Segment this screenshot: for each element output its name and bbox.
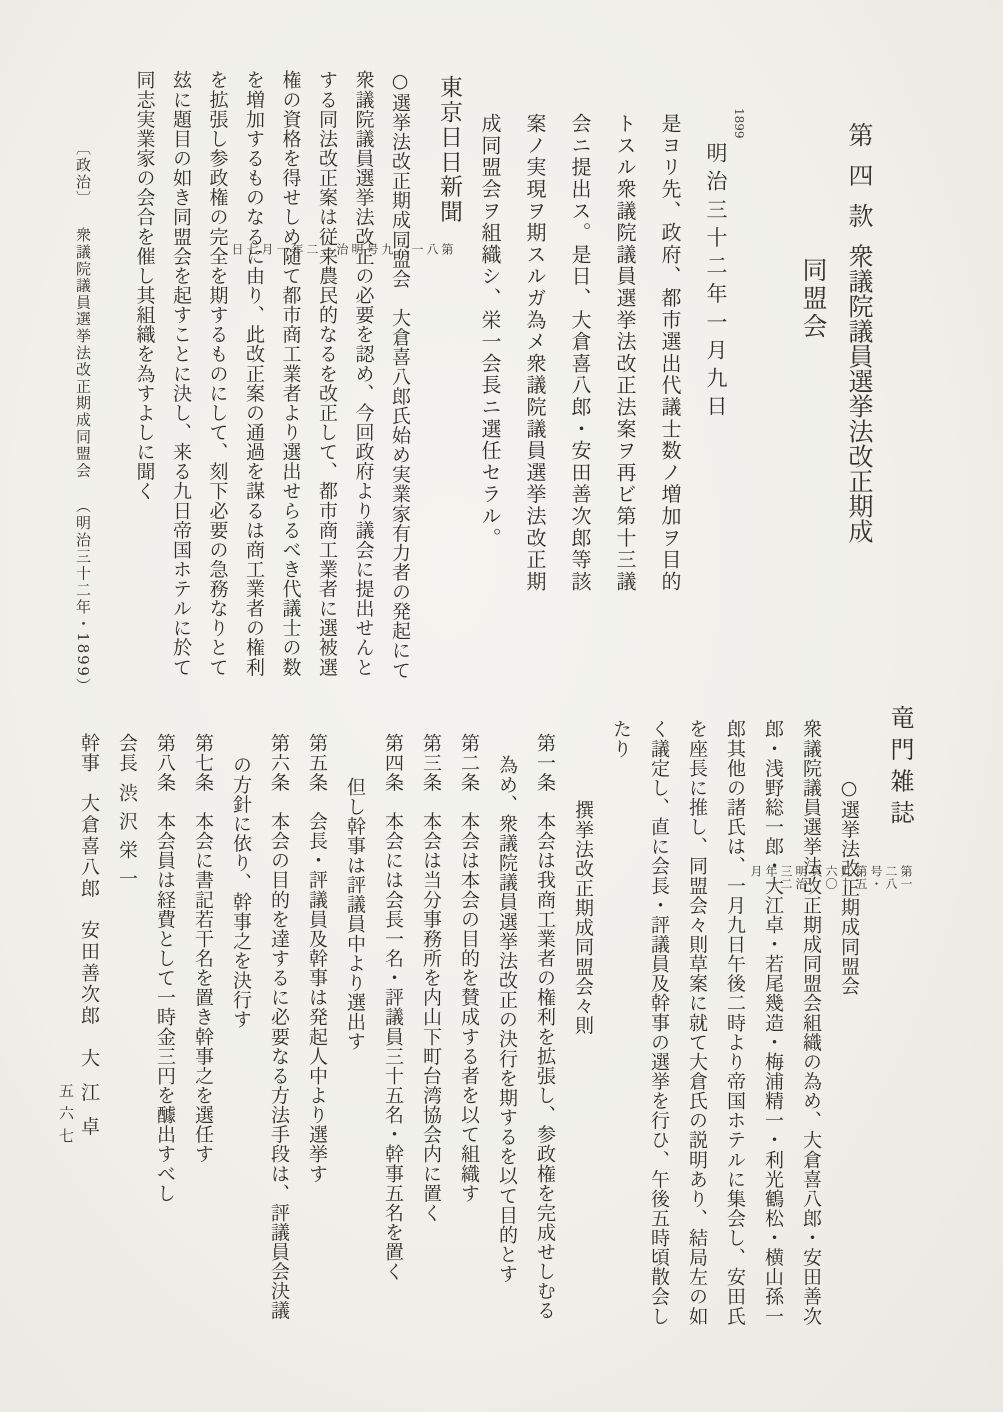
chairman-label: 会長 [116, 733, 138, 772]
section-title-line2: 同盟会 [790, 122, 836, 544]
margin-category: 〔政治〕 [74, 140, 92, 207]
report-line: を座長に推し、同盟会々則草案に就て大倉氏の説明あり、結局左の如 [678, 715, 716, 1326]
bylaw-line: 第六条 本会の目的を達するに必要なる方法手段は、評議員会決議 [260, 715, 298, 1326]
article-line: を拡張し参政権の完全を期するものにして、刻下必要の急務なりとて [199, 70, 236, 680]
summary-line: 是ヨリ先、政府、都市選出代議士数ノ増加ヲ目的 [647, 113, 692, 593]
bylaw-line: 第五条 会長・評議員及幹事は発起人中より選挙す [298, 715, 336, 1326]
summary-line: 案ノ実現ヲ期スルガ為メ衆議院議員選挙法改正期 [512, 113, 557, 593]
bylaw-line: 第四条 本会には会長一名・評議員三十五名・幹事五名を置く [374, 715, 412, 1326]
section-title: 第四款衆議院議員選挙法改正期成 同盟会 [790, 122, 882, 544]
report-line: 衆議院議員選挙法改正期成同盟会組織の為め、大倉喜八郎・安田善次 [792, 715, 830, 1326]
article-line: ○選挙法改正期成同盟会 大倉喜八郎氏始め実業家有力者の発起にて [382, 70, 419, 680]
secretary-name: 大江卓 [78, 1048, 100, 1151]
bylaw-line: 第三条 本会は当分事務所を内山下町台湾協会内に置く [412, 715, 450, 1326]
secretary-line: 幹事大倉喜八郎安田善次郎大江卓 [70, 715, 108, 1326]
article-line: 同志実業家の会合を催し其組織を為すよしに聞く [126, 70, 163, 680]
secretary-name: 大倉喜八郎 [78, 793, 100, 899]
summary-paragraph: 是ヨリ先、政府、都市選出代議士数ノ増加ヲ目的 トスル衆議院議員選挙法改正法案ヲ再… [467, 113, 692, 593]
section-title-text: 衆議院議員選挙法改正期成 [845, 244, 874, 544]
section-number: 第四款 [845, 122, 874, 244]
magazine-article: ○選挙法改正期成同盟会 衆議院議員選挙法改正期成同盟会組織の為め、大倉喜八郎・安… [70, 715, 868, 1326]
margin-note: 〔政治〕衆議院議員選挙法改正期成同盟会（明治三十二年・1899） [74, 140, 92, 695]
article-line: 権の資格を得せしめ随て都市商工業者より選出せらるべき代議士の数 [272, 70, 309, 680]
page-number-text: 五六七 [56, 1083, 77, 1151]
summary-line: トスル衆議院議員選挙法改正法案ヲ再ビ第十三議 [602, 113, 647, 593]
bylaw-line: 第八条 本会員は経費として一時金三円を醵出すべし [146, 715, 184, 1326]
bylaw-line: 第一条 本会は我商工業者の権利を拡張し、参政権を完成せしむる [526, 715, 564, 1326]
article-headline: ○選挙法改正期成同盟会 [830, 715, 868, 1326]
newspaper-heading: 東京日日新聞 第八一六九号 明治三二年一月七日 [436, 75, 462, 224]
date-line: 明治三十二年一月九日 [700, 108, 731, 423]
bylaw-line: 但し幹事は評議員中より選出す [336, 715, 374, 1326]
report-line: たり [602, 715, 640, 1326]
magazine-heading: 竜門雑誌 第一二八号・第五九―六〇頁 明治三二年一月 [887, 705, 913, 832]
bylaw-line: 第二条 本会は本会の目的を賛成する者を以て組織す [450, 715, 488, 1326]
bylaw-line: の方針に依り、幹事之を決行す [222, 715, 260, 1326]
article-line: する同法改正案は従来農民的なるを改正して、都市商工業者に選被選 [309, 70, 346, 680]
report-line: く議定し、直に会長・評議員及幹事の選挙を行ひ、午後五時頃散会し [640, 715, 678, 1326]
secretary-label: 幹事 [78, 733, 100, 772]
summary-line: 成同盟会ヲ組織シ、栄一会長ニ選任セラル。 [467, 113, 512, 593]
report-line: 郎・浅野総一郎・大江卓・若尾幾造・梅浦精一・利光鶴松・横山孫一 [754, 715, 792, 1326]
margin-note-line: 〔政治〕衆議院議員選挙法改正期成同盟会（明治三十二年・1899） [74, 140, 92, 695]
article-line: を増加するものなるに由り、此改正案の通過を謀るは商工業者の権利 [236, 70, 273, 680]
chairman-line: 会長渋沢栄一 [108, 715, 146, 1326]
scanned-page: 第四款衆議院議員選挙法改正期成 同盟会 1899 明治三十二年一月九日 是ヨリ先… [0, 0, 1003, 1412]
chairman-name: 渋沢栄一 [116, 783, 138, 897]
section-title-line1: 第四款衆議院議員選挙法改正期成 [836, 122, 882, 544]
article-line: 衆議院議員選挙法改正の必要を認め、今回政府より議会に提出せんと [345, 70, 382, 680]
summary-line: 会ニ提出ス。是日、大倉喜八郎・安田善次郎等該 [557, 113, 602, 593]
newspaper-name: 東京日日新聞 [436, 75, 462, 224]
page-number: 五六七 [56, 1083, 77, 1151]
bylaws-title: 撰挙法改正期成同盟会々則 [564, 715, 602, 1326]
newspaper-article: ○選挙法改正期成同盟会 大倉喜八郎氏始め実業家有力者の発起にて 衆議院議員選挙法… [126, 70, 418, 680]
secretary-name: 安田善次郎 [78, 920, 100, 1026]
bylaw-line: 為め、衆議院議員選挙法改正の決行を期するを以て目的とす [488, 715, 526, 1326]
magazine-name: 竜門雑誌 [887, 705, 913, 832]
report-line: 郎其他の諸氏は、一月九日午後二時より帝国ホテルに集会し、安田氏 [716, 715, 754, 1326]
margin-date: （明治三十二年・1899） [74, 498, 92, 695]
western-year-note: 1899 [731, 108, 746, 423]
bylaw-line: 第七条 本会に書記若干名を置き幹事之を選任す [184, 715, 222, 1326]
article-line: 玆に題目の如き同盟会を起すことに決し、来る九日帝国ホテルに於て [163, 70, 200, 680]
margin-title: 衆議院議員選挙法改正期成同盟会 [74, 227, 92, 479]
date-block: 1899 明治三十二年一月九日 [700, 108, 746, 423]
